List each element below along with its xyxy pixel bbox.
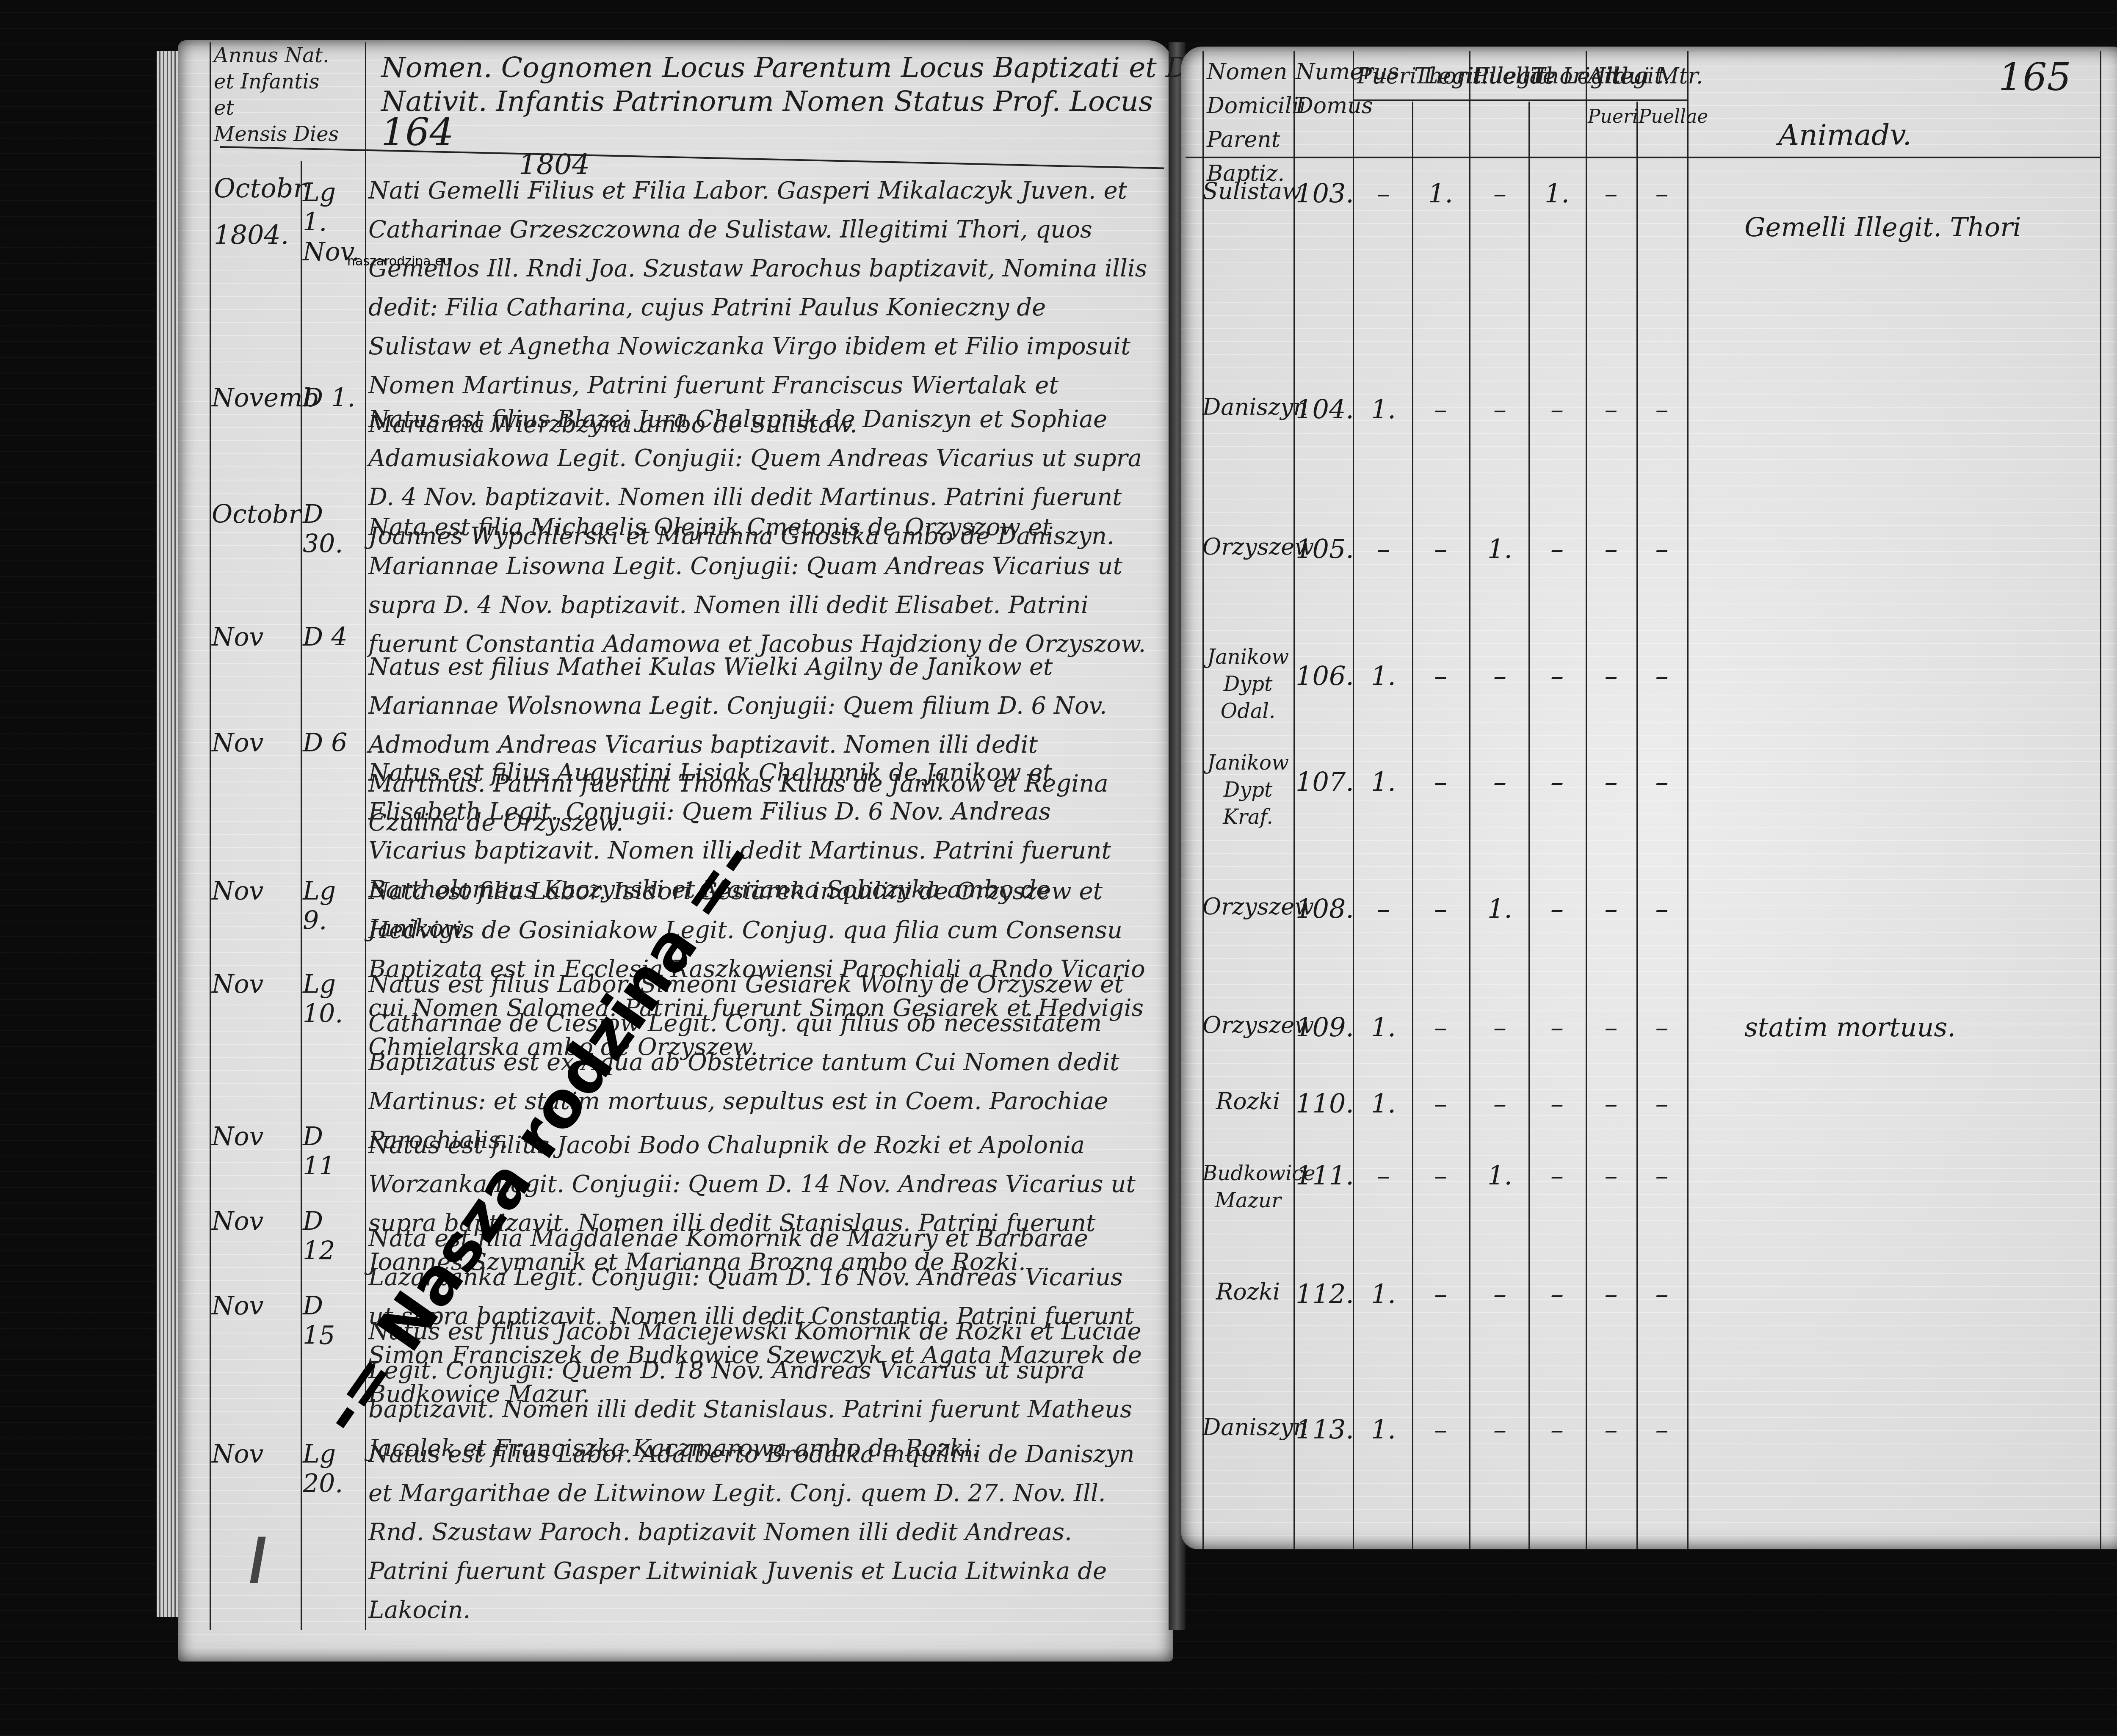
header-line-1: Nomen. Cognomen Locus Parentum Locus Bap…	[381, 49, 1228, 87]
page-number-right: 165	[1998, 55, 2071, 99]
entry-month: Octobr	[212, 500, 301, 529]
header-mortui-puellae: Puellae	[1639, 106, 1708, 127]
remark-statim-mortuus: statim mortuus.	[1744, 1012, 1956, 1043]
column-rule	[1636, 102, 1638, 1549]
register-row: Orzyszew 109. 1. – – – – – statim mortuu…	[1194, 1012, 2117, 1058]
header-mortui: Ardui Mtr.	[1588, 63, 1703, 89]
header-mortui-pueri: Pueri	[1588, 106, 1638, 127]
register-row: Orzyszew 108. – – 1. – – –	[1194, 893, 2117, 940]
entry-day: Lg 9.	[303, 876, 362, 936]
header-line-2: Nativit. Infantis Patrinorum Nomen Statu…	[381, 83, 1153, 121]
entry-day: Lg 20.	[303, 1439, 362, 1499]
subheader-rule	[1353, 99, 1687, 101]
entry-month: Nov	[212, 876, 301, 906]
entry-day: D 6	[303, 728, 362, 758]
entry-month: Nov	[212, 969, 301, 999]
margin-rule	[210, 42, 211, 1630]
entry-month: Nov	[212, 1206, 301, 1236]
entry-month: Nov	[212, 622, 301, 652]
register-row: Orzyszew 105. – – 1. – – –	[1194, 533, 2117, 580]
entry-month: Nov	[212, 1122, 301, 1151]
register-row: Rozki 112. 1. – – – – –	[1194, 1278, 2117, 1325]
entry-day: D 11	[303, 1122, 362, 1181]
header-rule	[1186, 157, 2100, 158]
register-entry: Natus est filius Labor. Adalberto Brodal…	[368, 1435, 1152, 1630]
register-row: Budkowice Mazur 111. – – 1. – – –	[1194, 1160, 2117, 1223]
register-row: Rozki 110. 1. – – – – –	[1194, 1088, 2117, 1134]
entry-day: D 1.	[303, 383, 362, 413]
entry-month: Nov	[212, 1291, 301, 1321]
header-date-column: Annus Nat. et Infantis et Mensis Dies	[214, 42, 339, 147]
register-row: Janikow Dypt Odal. 106. 1. – – – – –	[1194, 643, 2117, 707]
register-entry: Nata est filia Michaelis Olejnik Cmetoni…	[368, 508, 1152, 664]
entry-day: D 30.	[303, 500, 362, 559]
column-rule	[1412, 102, 1413, 1549]
header-number: Numerus Domus	[1296, 55, 1351, 123]
register-row: Sulistaw 103. – 1. – 1. – – Gemelli Ille…	[1194, 178, 2117, 224]
register-row: Daniszyn 113. 1. – – – – –	[1194, 1414, 2117, 1460]
entry-day: Lg 1. Nov.	[303, 178, 362, 267]
entry-day: Lg 10.	[303, 969, 362, 1029]
year-margin: Octobr 1804.	[214, 165, 298, 258]
entry-month: Nov	[212, 728, 301, 758]
column-rule	[301, 161, 302, 1630]
column-rule	[1528, 102, 1530, 1549]
entry-day: D 4	[303, 622, 362, 652]
entry-month: Novemb	[212, 383, 301, 413]
header-remarks: Animadv.	[1778, 119, 1912, 152]
header-domicile: Nomen Domicilii Parent Baptiz.	[1207, 55, 1291, 190]
page-number-left: 164	[381, 110, 454, 155]
register-row: Janikow Dypt Kraf. 107. 1. – – – – –	[1194, 749, 2117, 813]
register-row: Daniszyn 104. 1. – – – – –	[1194, 394, 2117, 440]
entry-day: D 12	[303, 1206, 362, 1266]
entry-month: Nov	[212, 1439, 301, 1469]
